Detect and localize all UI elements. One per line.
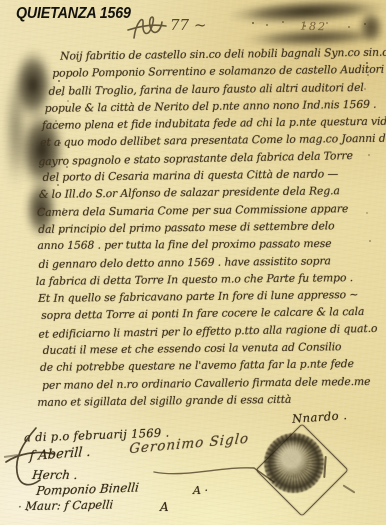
scribble-number: 77 ~ [170,16,206,34]
signature-1: f Aberill . [29,445,91,464]
city-seal [250,422,354,524]
manuscript-line: mano et sigillata del sigillo grande di … [37,390,378,411]
folio-number: 182 [300,20,327,34]
scanned-manuscript-page: QUIETANZA 1569 77 ~ 182 Noij fabritio de… [0,0,386,525]
seal-tail-stroke [343,484,356,493]
signature-2: Herch . [32,468,79,482]
left-margin-ink-blotch-4 [6,70,26,190]
signature-3-mark: A · [193,484,208,497]
page-title: QUIETANZA 1569 [16,5,131,23]
pen-scribble-mark: 77 ~ [120,8,220,48]
ink-speckles-top [252,22,254,24]
manuscript-line: anno 1568 . per tutta la fine del proxim… [37,235,376,255]
top-right-corner-smudge [358,10,384,44]
signature-4-mark: A [160,500,169,514]
signature-3: Pomponio Binelli [36,480,140,498]
manuscript-text-block: Noij fabritio de castello sin.co deli no… [30,44,378,411]
stray-ink-dots: · . [18,500,29,514]
signature-4: Maur: f Capelli [25,497,114,513]
seal-stamp-circle [264,433,324,493]
